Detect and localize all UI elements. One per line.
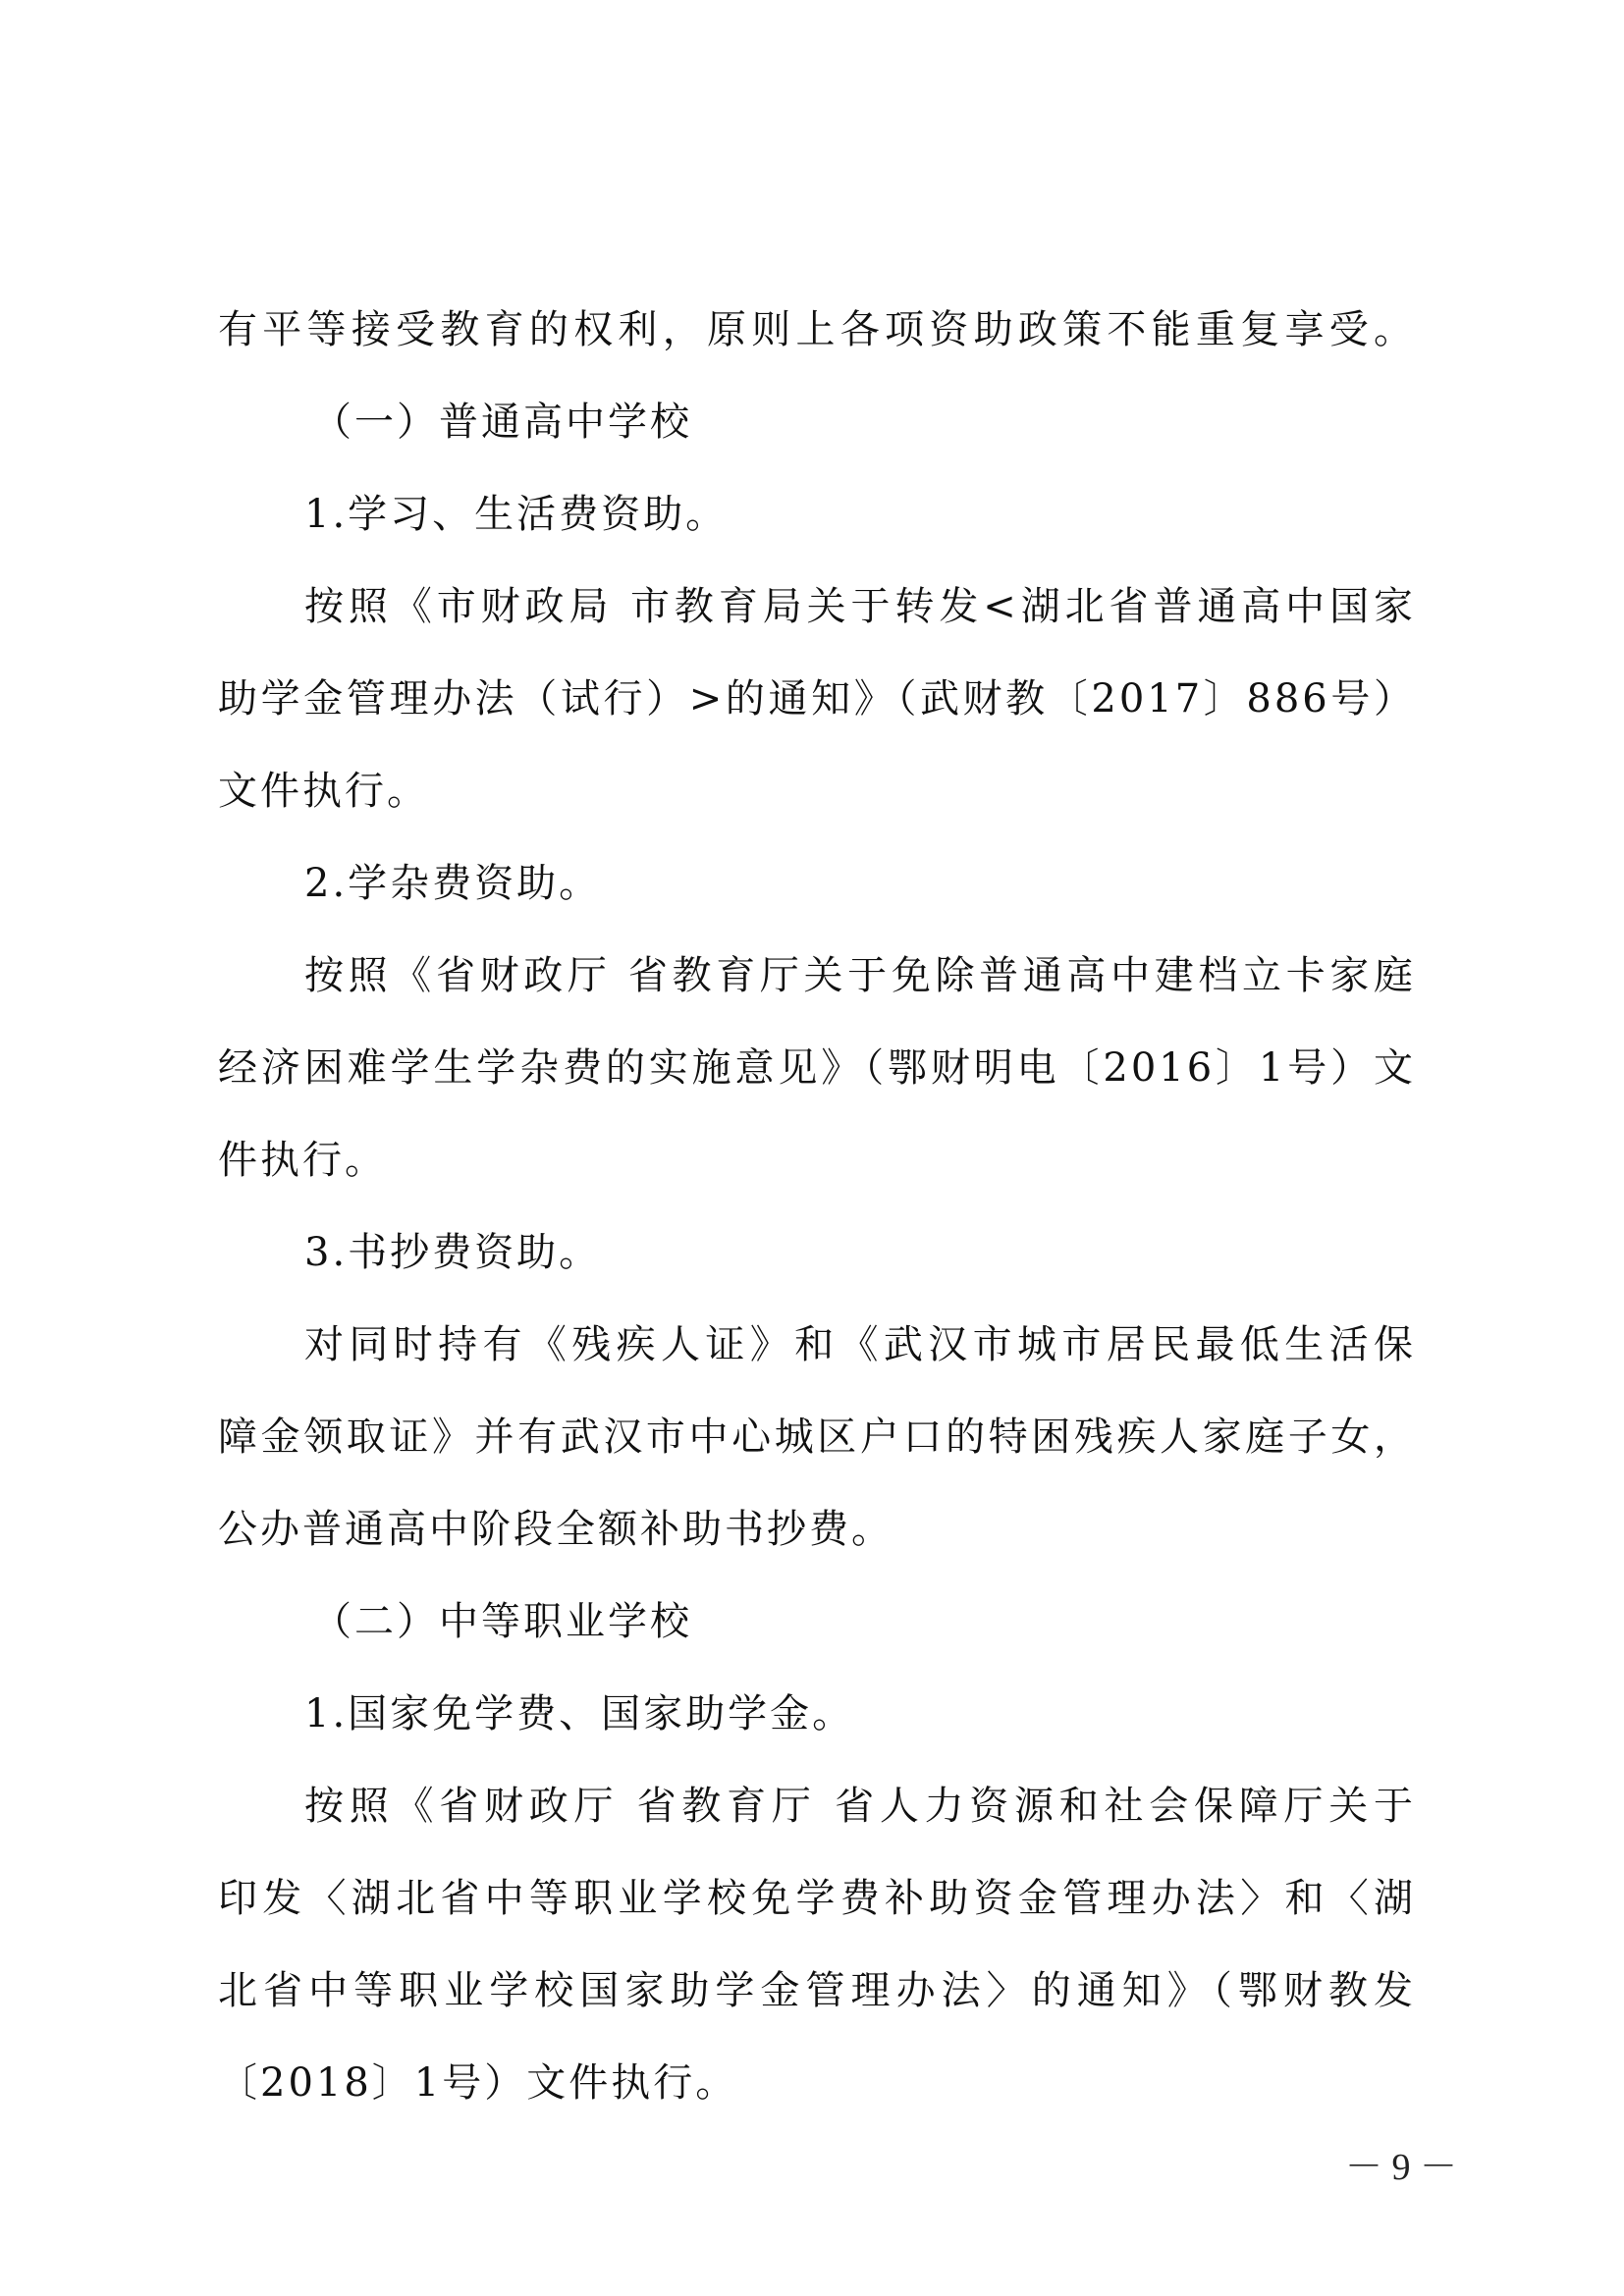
- paragraph-line: 按照《市财政局 市教育局关于转发<湖北省普通高中国家: [304, 579, 1416, 634]
- subheading-1-2: 2.学杂费资助。: [304, 856, 1416, 911]
- paragraph-line: 公办普通高中阶段全额补助书抄费。: [218, 1502, 1416, 1557]
- paragraph-line: 北省中等职业学校国家助学金管理办法〉的通知》（鄂财教发: [218, 1963, 1416, 2018]
- section-heading-2: （二）中等职业学校: [312, 1594, 1510, 1649]
- subheading-2-1: 1.国家免学费、国家助学金。: [304, 1686, 1416, 1741]
- section-heading-1: （一）普通高中学校: [312, 395, 1510, 450]
- subheading-1-1: 1.学习、生活费资助。: [304, 487, 1416, 542]
- page-number: － 9 －: [1345, 2136, 1457, 2190]
- paragraph-line: 障金领取证》并有武汉市中心城区户口的特困残疾人家庭子女，: [218, 1410, 1416, 1465]
- paragraph-line: 按照《省财政厅 省教育厅 省人力资源和社会保障厅关于: [304, 1779, 1416, 1834]
- paragraph-line: 对同时持有《残疾人证》和《武汉市城市居民最低生活保: [304, 1317, 1416, 1372]
- document-page: 有平等接受教育的权利，原则上各项资助政策不能重复享受。 （一）普通高中学校 1.…: [0, 0, 1624, 2296]
- paragraph-continuation: 有平等接受教育的权利，原则上各项资助政策不能重复享受。: [218, 302, 1416, 357]
- paragraph-line: 助学金管理办法（试行）>的通知》（武财教〔2017〕886号）: [218, 671, 1416, 726]
- paragraph-line: 按照《省财政厅 省教育厅关于免除普通高中建档立卡家庭: [304, 948, 1416, 1003]
- paragraph-line: 经济困难学生学杂费的实施意见》（鄂财明电〔2016〕1号）文: [218, 1041, 1416, 1095]
- paragraph-line: 文件执行。: [218, 764, 1416, 819]
- paragraph-line: 件执行。: [218, 1133, 1416, 1188]
- paragraph-line: 印发〈湖北省中等职业学校免学费补助资金管理办法〉和〈湖: [218, 1871, 1416, 1926]
- subheading-1-3: 3.书抄费资助。: [304, 1225, 1416, 1280]
- paragraph-line: 〔2018〕1号）文件执行。: [218, 2056, 1416, 2110]
